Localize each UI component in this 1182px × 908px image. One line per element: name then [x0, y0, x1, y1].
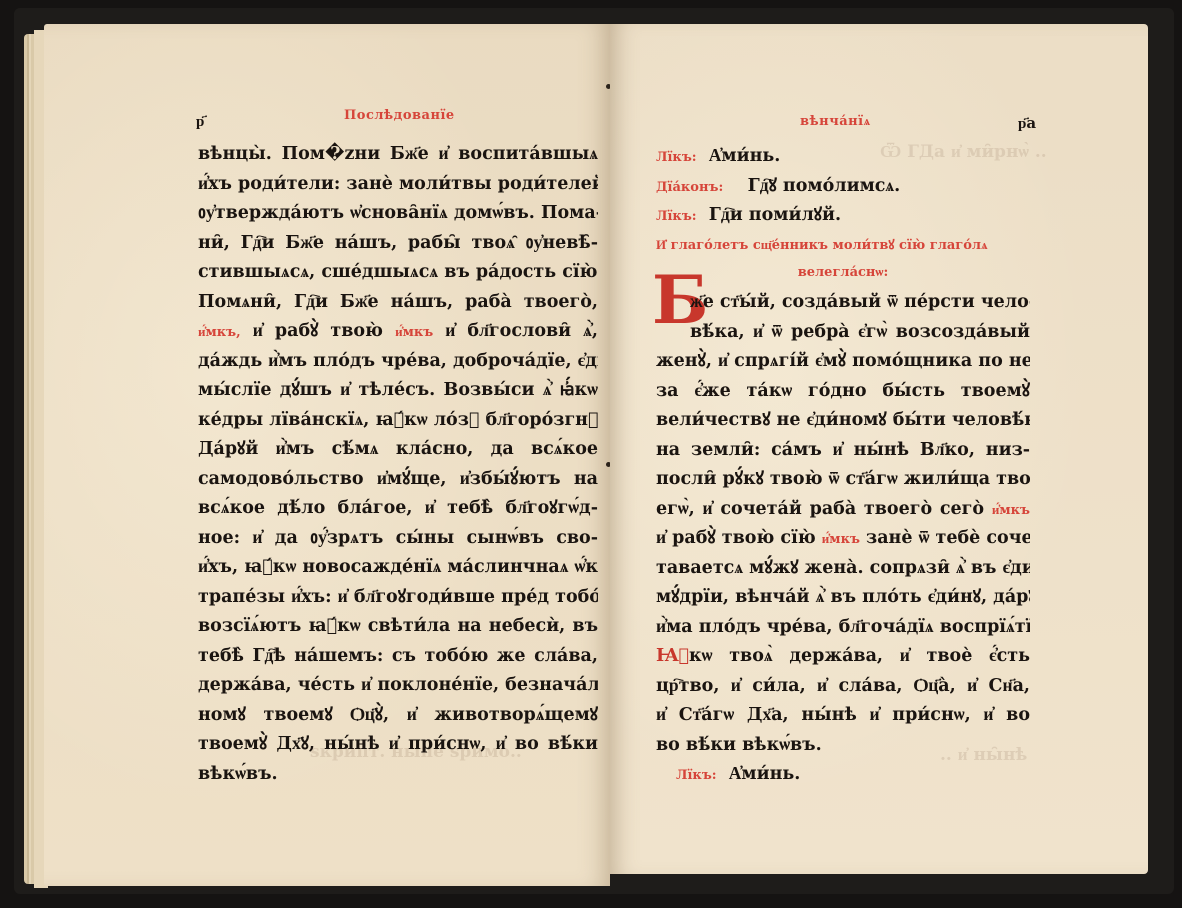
rubric-name-placeholder: и҆́мкъ	[395, 325, 433, 340]
speaker-label: Дїа́конъ:	[656, 180, 723, 195]
text-line: женꙋ̀, и҆ спрѧгі́й є҆мꙋ̀ помо́щника по н…	[656, 347, 1030, 377]
text-line-with-rubric: и҆ рабꙋ̀ твою̀ сїю̀ и҆́мкъ занѐ ѿ тебѐ с…	[656, 524, 1030, 554]
response-text: Гд҇и поми́лꙋй.	[709, 205, 841, 225]
text-line: ᲂу҆твержда́ютъ ѡ҆снова̑нїѧ домѡ́въ. Пома…	[198, 199, 598, 229]
text-line: ное: и҆ да ᲂу҆́зрѧтъ сы́ны сынѡ́въ сво-	[198, 524, 598, 554]
text-line-with-initial: Ꙗ҆кѡ твоѧ̀ держа́ва, и҆ твоѐ є҆́сть	[656, 642, 1030, 672]
text-line: цр҇тво, и҆ си́ла, и҆ сла́ва, Ѻц҃а̀, и҆ С…	[656, 672, 1030, 702]
response-line: Дїа́конъ: Гд҇ꙋ помо́лимсѧ.	[656, 172, 1030, 202]
response-text: Гд҇ꙋ помо́лимсѧ.	[748, 176, 901, 196]
right-folio-number: р҃а	[1018, 114, 1036, 133]
text-line: да́ждь и҆̀мъ пло́дъ чре́ва, доброча́дїе,…	[198, 347, 598, 377]
text-line: вѣнцы̀. Пом�zни Бж҃е и҆ воспита́вшыѧ	[198, 140, 598, 170]
text-line: Да́рꙋй и҆̀мъ сѣ́мѧ кла́сно, да всѧ́кое	[198, 435, 598, 465]
text-line: вели́чествꙋ не є҆ди́номꙋ бы́ти человѣ́кꙋ	[656, 406, 1030, 436]
text-line: вѣкѡ́въ.	[198, 760, 598, 790]
response-text: А҆ми́нь.	[729, 764, 801, 784]
text-line: трапе́зы и҆́хъ: и҆ бл҃гоꙋгоди́вше пре́д …	[198, 583, 598, 613]
text-line: за є҆́же та́кѡ го́дно бы́сть твоемꙋ̀	[656, 377, 1030, 407]
text-line: во вѣ́ки вѣкѡ́въ.	[656, 731, 1030, 761]
text-line: самодово́льство и҆мꙋ́ще, и҆збы́ꙋ́ютъ на	[198, 465, 598, 495]
speaker-label: Лїкъ:	[656, 209, 697, 224]
text-line: номꙋ твоемꙋ Ѻц҃ꙋ̀, и҆ животворѧ́щемꙋ	[198, 701, 598, 731]
prayer-text-indented: ж҃е ст҃ы́й, созда́вый ѿ пе́рсти чело- вѣ…	[690, 288, 1030, 347]
response-line: Лїкъ: А҆ми́нь.	[656, 760, 1030, 790]
text-line: и҆ Ст҃а́гѡ Дх҃а, ны́нѣ и҆ при́снѡ, и҆ во	[656, 701, 1030, 731]
text-line: твоемꙋ̀ Дх҃ꙋ, ны́нѣ и҆ при́снѡ, и҆ во вѣ…	[198, 730, 598, 760]
text-line: Помѧни̑, Гд҇и Бж҃е на́шъ, раба̀ твоего̀,	[198, 288, 598, 318]
text-line-with-rubric: егѡ̀, и҆ сочета́й раба̀ твоего̀ сего̀ и҆…	[656, 495, 1030, 525]
response-text: А҆ми́нь.	[709, 146, 781, 166]
text-line: стившыѧсѧ, сше́дшыѧсѧ въ ра́дость сїю̀.	[198, 258, 598, 288]
speaker-label: Лїкъ:	[676, 768, 717, 783]
text-line: и҆̀ма пло́дъ чре́ва, бл҃гоча́дїѧ воспрїѧ…	[656, 613, 1030, 643]
rubric-name-placeholder: и҆́мкъ	[992, 503, 1030, 518]
red-initial: Ꙗ҆	[656, 646, 689, 666]
left-folio-number: р҃	[196, 112, 204, 131]
speaker-label: Лїкъ:	[656, 150, 697, 165]
response-line: Лїкъ: Гд҇и поми́лꙋй.	[656, 201, 1030, 231]
text-line: мы́слїе дꙋ́шъ и҆ тѣле́съ. Возвы́си ѧ҆̀ ꙗ…	[198, 376, 598, 406]
text-line: таваетсѧ мꙋ́жꙋ жена̀. сопрѧзи̑ ѧ҆̀ въ є҆…	[656, 554, 1030, 584]
text-line: ке́дры лїва́нскїѧ, ꙗ҆́кѡ ло́зꙋ бл҃горо́з…	[198, 406, 598, 436]
rubric-name-placeholder: и҆́мкъ,	[198, 325, 241, 340]
text-line-with-rubrics: и҆́мкъ, и҆ рабꙋ̀ твою̀ и҆́мкъ и҆ бл҃госл…	[198, 317, 598, 347]
text-line: на земли̑: са́мъ и҆ ны́нѣ Вл҃ко, низ-	[656, 436, 1030, 466]
drop-cap-initial: Б	[652, 268, 684, 332]
text-line: мꙋ́дрїи, вѣнча́й ѧ҆̀ въ пло́ть є҆ди́нꙋ, …	[656, 583, 1030, 613]
text-line: возсїѧ́ютъ ꙗ҆́кѡ свѣти́ла на небесѝ, въ	[198, 612, 598, 642]
text-fragment: егѡ̀, и҆ сочета́й раба̀ твоего̀ сего̀	[656, 499, 984, 519]
text-line: и҆́хъ роди́тели: занѐ моли́твы роди́теле…	[198, 170, 598, 200]
right-text-block: Лїкъ: А҆ми́нь. Дїа́конъ: Гд҇ꙋ помо́лимсѧ…	[656, 142, 1030, 286]
prayer-text-block: женꙋ̀, и҆ спрѧгі́й є҆мꙋ̀ помо́щника по н…	[656, 347, 1030, 790]
text-fragment: и҆ рабꙋ̀ твою̀	[253, 321, 383, 341]
text-line: держа́ва, че́сть и҆ поклоне́нїе, безнача…	[198, 671, 598, 701]
rubric-heading: И҆ глаго́летъ сщ҃е́нникъ моли́твꙋ сїю̀ г…	[656, 231, 1030, 261]
text-fragment: и҆ бл҃гослови̑ ѧ҆̀,	[445, 321, 598, 341]
text-line: посли̑ рꙋ́кꙋ твою̀ ѿ ст҃а́гѡ жили́ща тво…	[656, 465, 1030, 495]
left-running-head: Послѣдованїе	[344, 108, 455, 123]
text-line: всѧ́кое дѣ́ло бла́гое, и҆ тебѣ̀ бл҃гоꙋгѡ…	[198, 494, 598, 524]
right-running-head: вѣнча́нїѧ	[800, 113, 871, 129]
response-line: Лїкъ: А҆ми́нь.	[656, 142, 1030, 172]
text-line: вѣ́ка, и҆ ѿ ребра̀ є҆гѡ̀ возсозда́вый	[690, 318, 1030, 348]
text-line: и҆́хъ, ꙗ҆́кѡ новосажде́нїѧ ма́слинчнаѧ ѡ…	[198, 553, 598, 583]
rubric-subheading: велегла́снѡ:	[656, 260, 1030, 286]
text-line: тебѣ̀ Гд҇ѣ на́шемъ: съ тобо́ю же сла́ва,	[198, 642, 598, 672]
text-fragment: кѡ твоѧ̀ держа́ва, и҆ твоѐ є҆́сть	[689, 646, 1030, 666]
rubric-name-placeholder: и҆́мкъ	[822, 532, 860, 547]
text-line: ж҃е ст҃ы́й, созда́вый ѿ пе́рсти чело-	[690, 288, 1030, 318]
text-fragment: и҆ рабꙋ̀ твою̀ сїю̀	[656, 528, 816, 548]
text-fragment: занѐ ѿ тебѐ соче-	[866, 528, 1030, 548]
text-line: ни̑, Гд҇и Бж҃е на́шъ, рабы̑ твоѧ̑ ᲂу҆нев…	[198, 229, 598, 259]
left-text-block: вѣнцы̀. Пом�zни Бж҃е и҆ воспита́вшыѧ и҆́…	[198, 140, 598, 789]
